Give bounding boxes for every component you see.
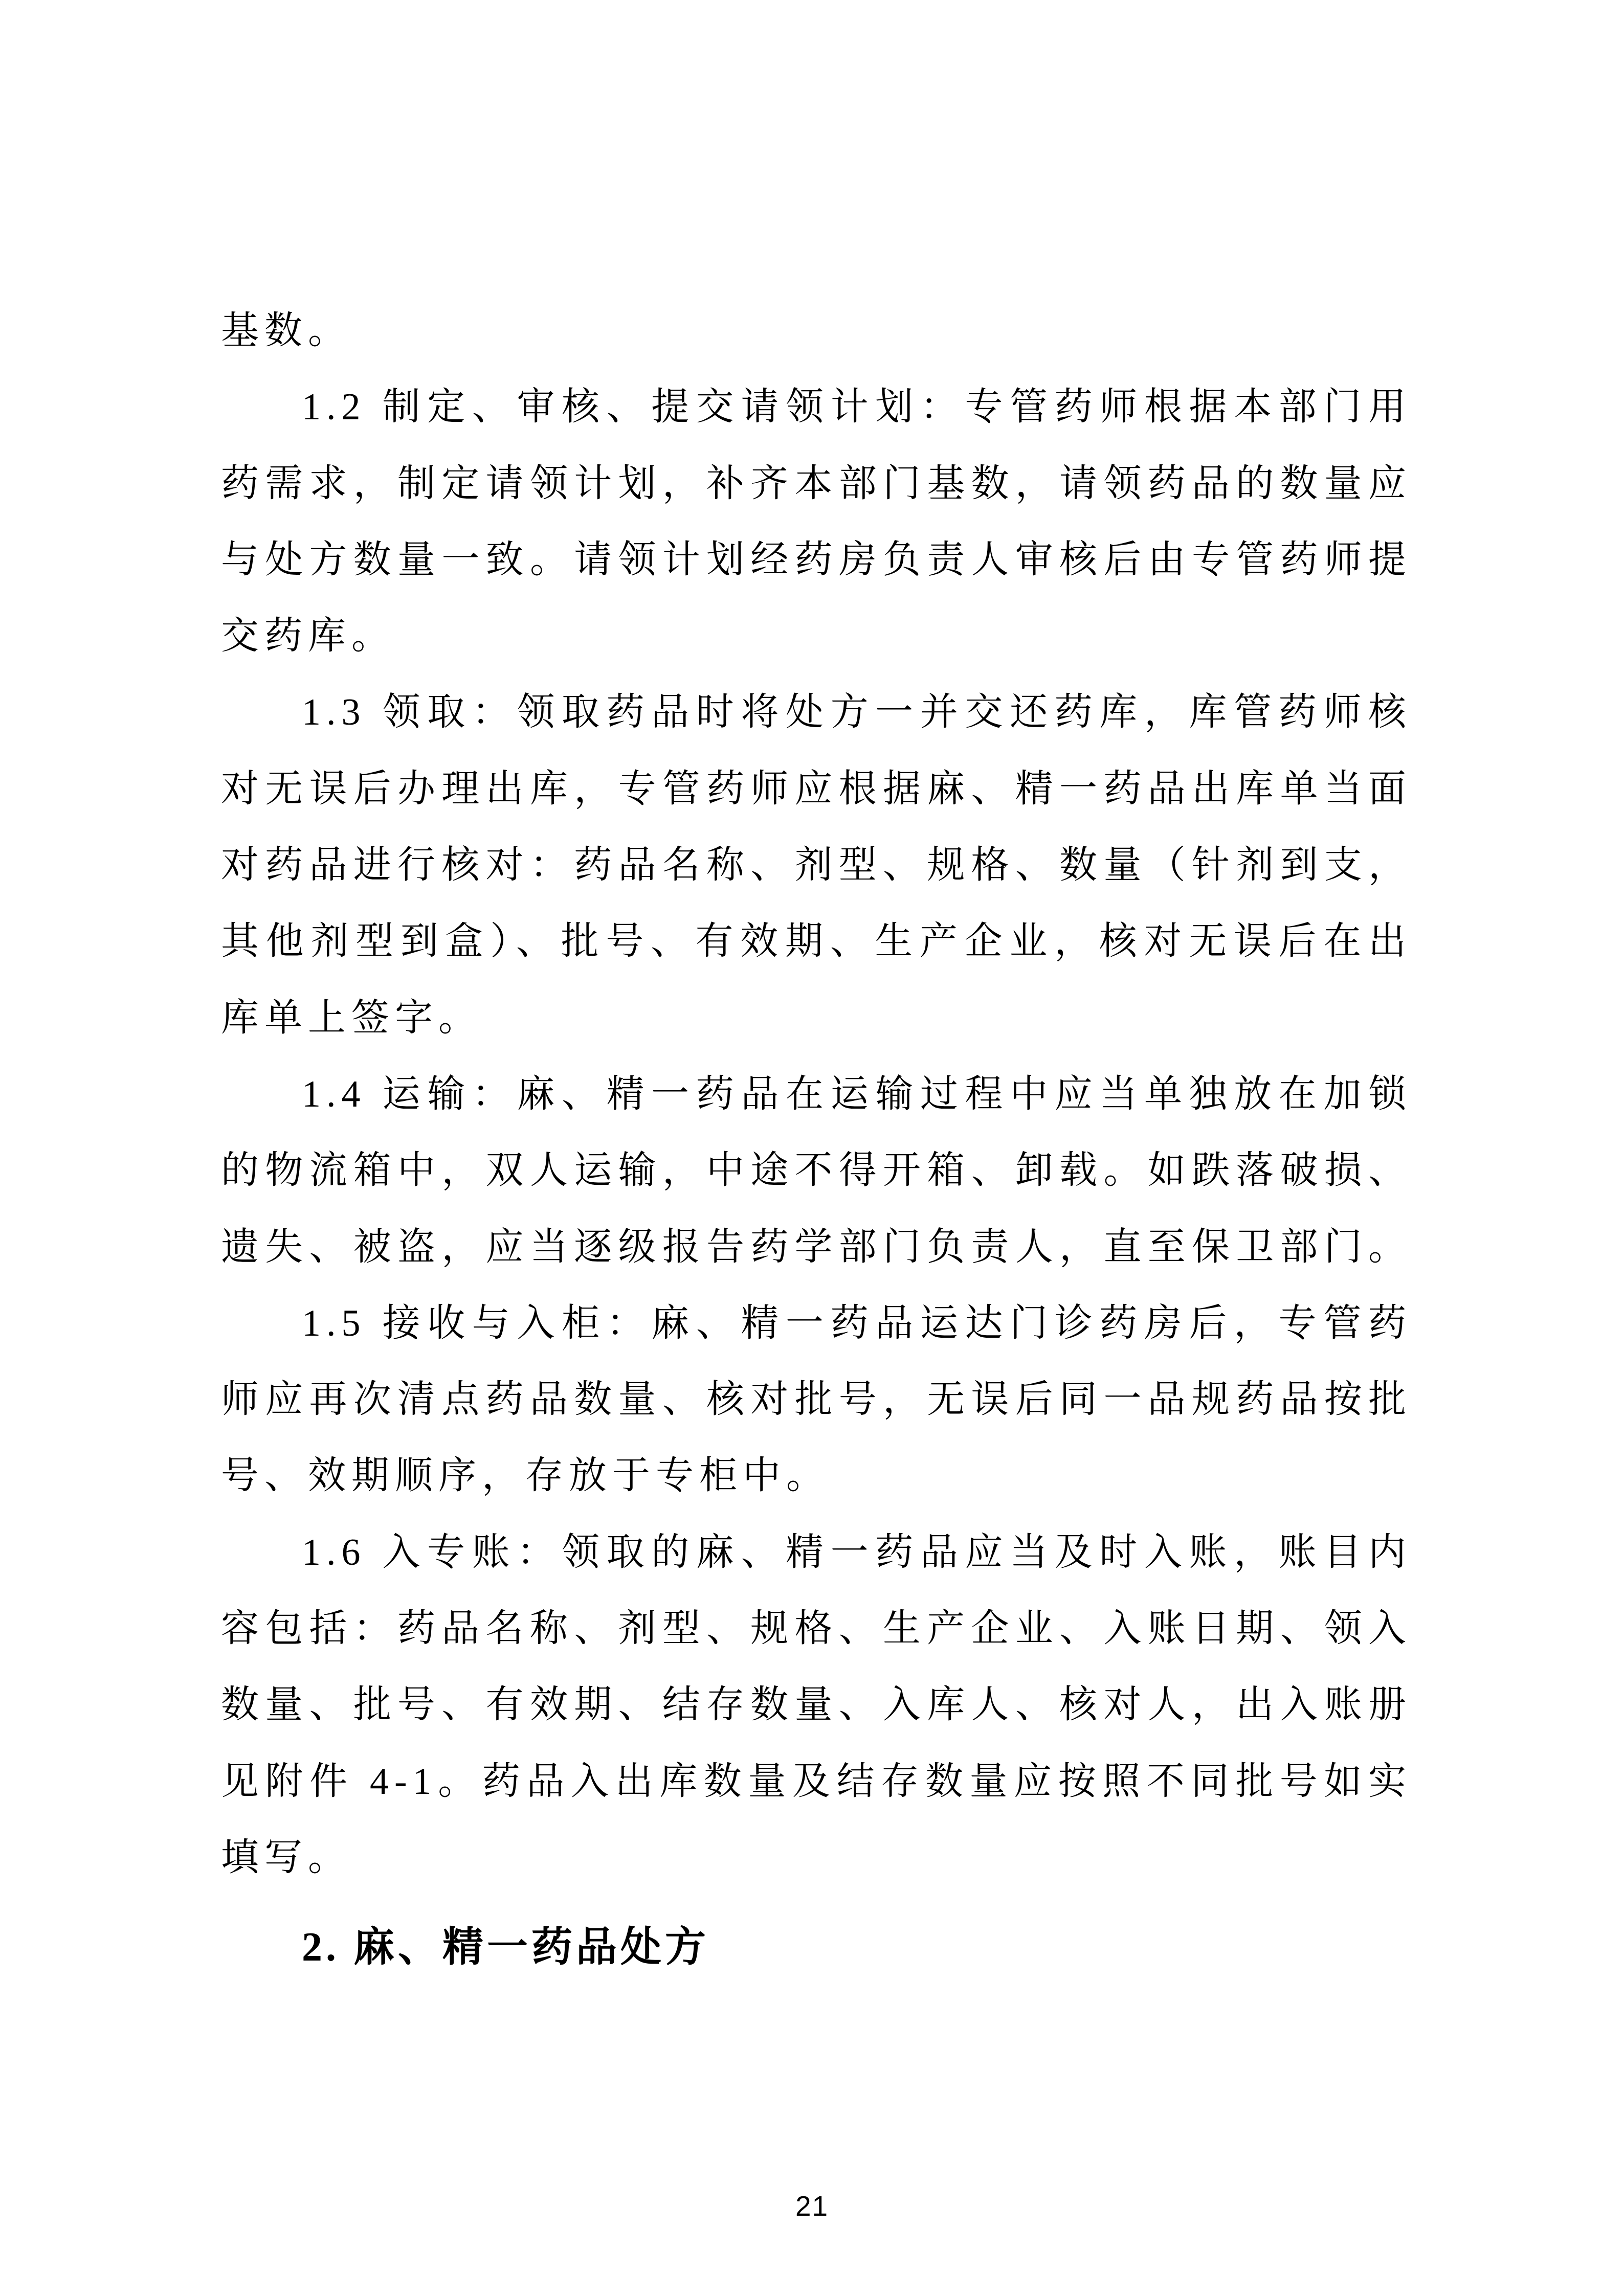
text-line: 库单上签字。 [221,980,1412,1056]
text-line: 对无误后办理出库，专管药师应根据麻、精一药品出库单当面 [221,751,1412,827]
text-line: 数量、批号、有效期、结存数量、入库人、核对人，出入账册 [221,1667,1412,1743]
text-line: 见附件 4-1。药品入出库数量及结存数量应按照不同批号如实 [221,1744,1412,1820]
text-line: 师应再次清点药品数量、核对批号，无误后同一品规药品按批 [221,1362,1412,1438]
text-line: 其他剂型到盒）、批号、有效期、生产企业，核对无误后在出 [221,904,1412,980]
text-line: 对药品进行核对：药品名称、剂型、规格、数量（针剂到支， [221,827,1412,904]
text-line: 容包括：药品名称、剂型、规格、生产企业、入账日期、领入 [221,1591,1412,1667]
text-line: 基数。 [221,293,1412,369]
text-line: 填写。 [221,1820,1412,1896]
document-body: 基数。 1.2 制定、审核、提交请领计划：专管药师根据本部门用 药需求，制定请领… [221,293,1412,1986]
text-line: 遗失、被盗，应当逐级报告药学部门负责人，直至保卫部门。 [221,1209,1412,1286]
text-line: 1.5 接收与入柜：麻、精一药品运达门诊药房后，专管药 [221,1286,1412,1362]
text-line: 1.3 领取：领取药品时将处方一并交还药库，库管药师核 [221,674,1412,751]
page-number: 21 [0,2192,1624,2220]
section-heading: 2. 麻、精一药品处方 [221,1909,1412,1986]
text-line: 与处方数量一致。请领计划经药房负责人审核后由专管药师提 [221,522,1412,598]
document-page: 基数。 1.2 制定、审核、提交请领计划：专管药师根据本部门用 药需求，制定请领… [0,0,1624,2296]
text-line: 药需求，制定请领计划，补齐本部门基数，请领药品的数量应 [221,446,1412,522]
text-line: 1.6 入专账：领取的麻、精一药品应当及时入账，账目内 [221,1515,1412,1591]
text-line: 的物流箱中，双人运输，中途不得开箱、卸载。如跌落破损、 [221,1133,1412,1209]
text-line: 1.4 运输：麻、精一药品在运输过程中应当单独放在加锁 [221,1056,1412,1133]
text-line: 号、效期顺序，存放于专柜中。 [221,1438,1412,1514]
text-line: 1.2 制定、审核、提交请领计划：专管药师根据本部门用 [221,369,1412,445]
text-line: 交药库。 [221,598,1412,674]
